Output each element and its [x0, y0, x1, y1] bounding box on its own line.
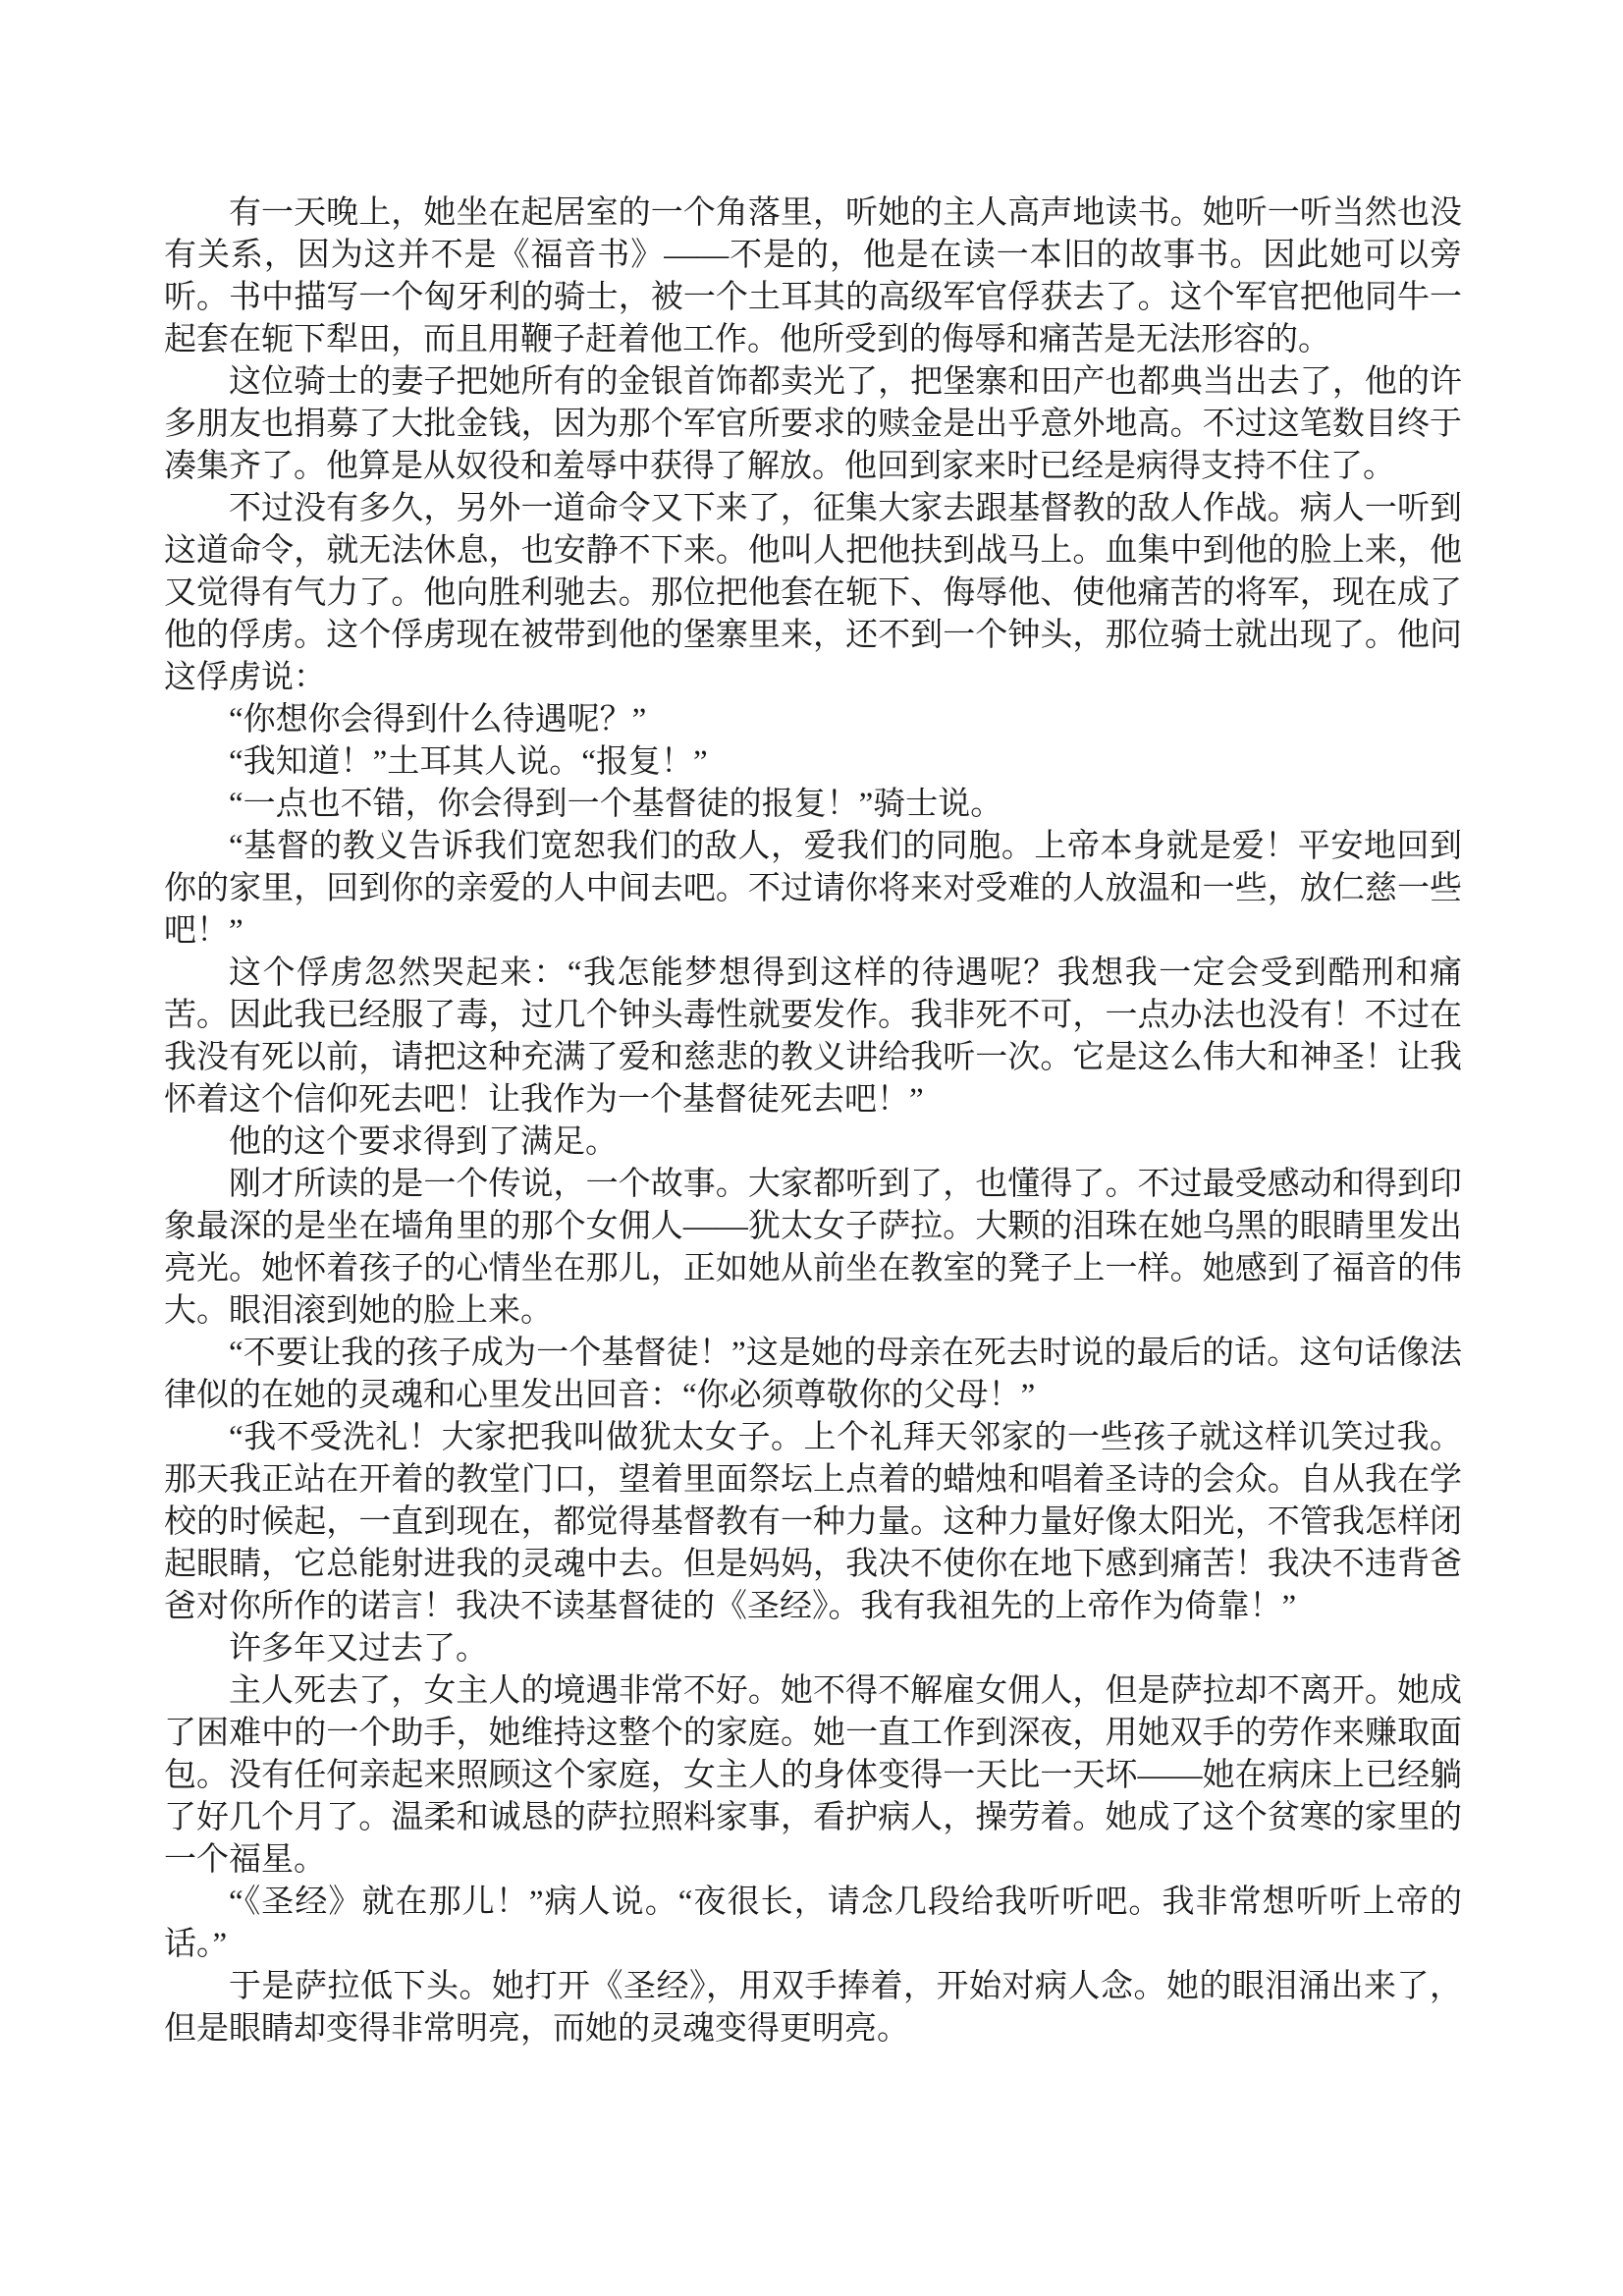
paragraph: “基督的教义告诉我们宽恕我们的敌人，爱我们的同胞。上帝本身就是爱！平安地回到你的… [164, 826, 1462, 953]
paragraph: 刚才所读的是一个传说，一个故事。大家都听到了，也懂得了。不过最受感动和得到印象最… [164, 1164, 1462, 1333]
paragraph: 这个俘虏忽然哭起来：“我怎能梦想得到这样的待遇呢？我想我一定会受到酷刑和痛苦。因… [164, 953, 1462, 1121]
paragraph: 这位骑士的妻子把她所有的金银首饰都卖光了，把堡寨和田产也都典当出去了，他的许多朋… [164, 361, 1462, 488]
story-text: 有一天晚上，她坐在起居室的一个角落里，听她的主人高声地读书。她听一听当然也没有关… [164, 192, 1462, 2050]
paragraph: 主人死去了，女主人的境遇非常不好。她不得不解雇女佣人，但是萨拉却不离开。她成了困… [164, 1670, 1462, 1882]
document-page: 有一天晚上，她坐在起居室的一个角落里，听她的主人高声地读书。她听一听当然也没有关… [0, 0, 1623, 2296]
paragraph: 于是萨拉低下头。她打开《圣经》，用双手捧着，开始对病人念。她的眼泪涌出来了，但是… [164, 1966, 1462, 2050]
paragraph: “我知道！”土耳其人说。“报复！” [164, 741, 1462, 784]
paragraph: 许多年又过去了。 [164, 1628, 1462, 1670]
paragraph: “《圣经》就在那儿！”病人说。“夜很长，请念几段给我听听吧。我非常想听听上帝的话… [164, 1882, 1462, 1966]
paragraph: 他的这个要求得到了满足。 [164, 1121, 1462, 1164]
paragraph: 不过没有多久，另外一道命令又下来了，征集大家去跟基督教的敌人作战。病人一听到这道… [164, 488, 1462, 699]
paragraph: “我不受洗礼！大家把我叫做犹太女子。上个礼拜天邻家的一些孩子就这样讥笑过我。那天… [164, 1417, 1462, 1628]
paragraph: “一点也不错，你会得到一个基督徒的报复！”骑士说。 [164, 784, 1462, 826]
paragraph: 有一天晚上，她坐在起居室的一个角落里，听她的主人高声地读书。她听一听当然也没有关… [164, 192, 1462, 361]
paragraph: “不要让我的孩子成为一个基督徒！”这是她的母亲在死去时说的最后的话。这句话像法律… [164, 1333, 1462, 1417]
paragraph: “你想你会得到什么待遇呢？” [164, 699, 1462, 741]
